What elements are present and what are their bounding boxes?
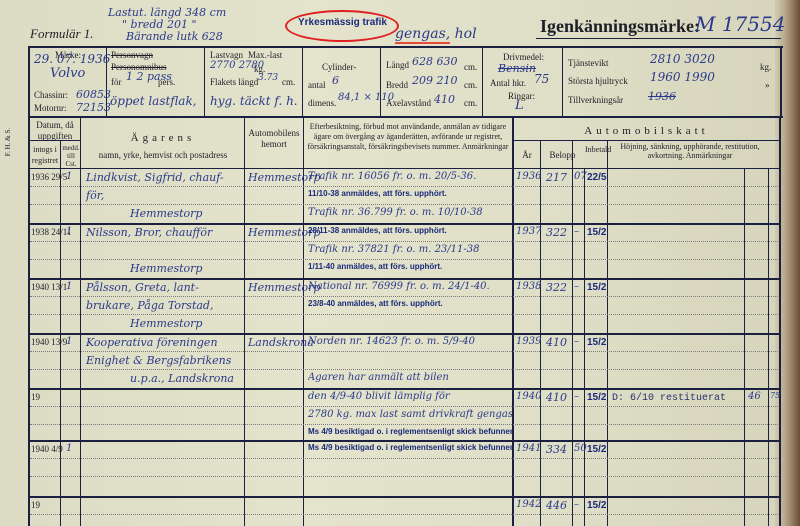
tax-year: 1939	[516, 336, 541, 347]
row-date: 1936 29/5	[31, 172, 67, 182]
cyl-label: Cylinder-	[322, 62, 356, 72]
for-label: för	[111, 77, 122, 87]
tax-year: 1942	[516, 499, 541, 510]
cyl-count-value: 6	[332, 74, 339, 87]
owner-line: för,	[86, 189, 104, 202]
tax-year: 1936	[516, 171, 541, 182]
row-date: 1940 13/1	[31, 282, 67, 292]
tyres-value: L	[515, 98, 524, 113]
motor-label: Motornr:	[34, 103, 67, 113]
remark-line: Ms 4/9 besiktigad o. i reglementsenligt …	[308, 443, 512, 452]
width-label: Bredd	[386, 80, 408, 90]
service-weight-value: 2810 3020	[650, 52, 715, 66]
tax-ore: 07	[574, 171, 587, 182]
remark-line: Ägaren har anmält att bilen	[308, 372, 512, 383]
tax-paid: 22/5	[587, 172, 606, 183]
remark-line: Norden nr. 14623 fr. o. m. 5/9-40	[308, 336, 512, 347]
tax-amount: 334	[546, 443, 567, 456]
tax-amount: 446	[546, 499, 567, 512]
owner-line: u.p.a., Landskrona	[130, 372, 234, 385]
flatbed-value: 3.73	[258, 73, 278, 83]
width-cm: cm.	[464, 80, 477, 90]
row-date: 1940 13/9	[31, 337, 67, 347]
remark-line: 11/10-38 anmäldes, att förs. upphört.	[308, 189, 512, 198]
length-value: 628 630	[412, 55, 458, 68]
row-home: Landskrona	[248, 336, 314, 349]
adjust-header: Höjning, sänkning, upphörande, restituti…	[610, 142, 770, 160]
owner-line: Lindkvist, Sigfrid, chauf-	[86, 171, 224, 184]
intake-header: intogs i registret	[30, 144, 60, 166]
tax-paid: 15/2	[587, 227, 606, 238]
remark-line: National nr. 76999 fr. o. m. 24/1-40.	[308, 281, 512, 292]
tax-year: 1938	[516, 281, 541, 292]
row-notified: 1	[66, 226, 72, 237]
row-divider	[28, 496, 780, 498]
margin-code: F. H. & S.	[4, 128, 12, 156]
chassis-label: Chassinr:	[34, 90, 68, 100]
red-underline	[395, 42, 450, 44]
tax-amount: 322	[546, 281, 567, 294]
home-header: Automobilens hemort	[246, 128, 302, 150]
date-header: Datum, då uppgiften	[30, 120, 80, 142]
row-date: 19	[31, 500, 40, 510]
tax-ore: –	[574, 391, 579, 402]
ruled-line	[30, 186, 778, 187]
traffic-stamp: Yrkesmässig trafik	[298, 17, 387, 28]
remark-line: Trafik nr. 16056 fr. o. m. 20/5-36.	[308, 171, 512, 182]
owner-line: Kooperativa föreningen	[86, 336, 218, 349]
remark-line: 23/8-40 anmäldes, att förs. upphört.	[308, 299, 512, 308]
ruled-line	[30, 314, 778, 315]
paid-header: Inbetald	[585, 145, 607, 154]
tax-ore: –	[574, 281, 579, 292]
remark-line: 1/11-40 anmäldes, att förs. upphört.	[308, 262, 512, 271]
chassis-value: 60853	[76, 88, 111, 101]
ruled-line	[30, 476, 778, 477]
top-note-3: Bärande lutk 628	[126, 30, 223, 43]
tax-ore: –	[574, 226, 579, 237]
ruled-line	[30, 369, 778, 370]
owner-sub: namn, yrke, hemvist och postadress	[82, 150, 244, 161]
tax-note: D: 6/10 restituerat	[612, 393, 726, 404]
owner-line: Hemmestorp	[130, 207, 202, 220]
owner-line: Nilsson, Bror, chaufför	[86, 226, 212, 239]
tax-year: 1937	[516, 226, 541, 237]
tax-paid: 15/2	[587, 500, 606, 511]
motor-value: 72153	[76, 101, 111, 114]
tax-ore: 50	[574, 443, 587, 454]
form-label: Formulär 1.	[30, 26, 94, 42]
flatbed-cm: cm.	[282, 77, 295, 87]
remark-line: 28/11-38 anmäldes, att förs. upphört.	[308, 226, 512, 235]
maxload-label: Max.-last	[248, 50, 282, 60]
row-notified: 1	[66, 281, 72, 292]
length-cm: cm.	[464, 62, 477, 72]
year-header: År	[514, 150, 540, 161]
fuel-note: gengas, hol	[395, 26, 477, 42]
width-value: 209 210	[412, 74, 458, 87]
remark-line: den 4/9-40 blivit lämplig för	[308, 391, 512, 402]
owner-line: brukare, Påga Torstad,	[86, 299, 213, 312]
tax-amount: 410	[546, 391, 567, 404]
tax-ore: –	[574, 499, 579, 510]
tax-paid: 15/2	[587, 444, 606, 455]
row-divider	[28, 278, 780, 280]
tax-extra-2: 75	[770, 391, 780, 400]
length-label: Längd	[386, 60, 409, 70]
wheel-pressure-ditto: »	[765, 80, 770, 90]
tax-year: 1941	[516, 443, 541, 454]
row-notified: 1	[66, 171, 72, 182]
tax-paid: 15/2	[587, 282, 606, 293]
year-label: Tillverkningsår	[568, 95, 623, 105]
axle-label: Axelavstånd	[386, 98, 431, 108]
cyl-dim-label: dimens.	[308, 98, 336, 108]
ruled-line	[30, 296, 778, 297]
tax-paid: 15/2	[587, 392, 606, 403]
row-divider	[28, 440, 780, 442]
row-notified: 1	[66, 336, 72, 347]
ruled-line	[30, 514, 778, 515]
service-weight-label: Tjänstevikt	[568, 58, 609, 68]
passenger-car-label: Personvagn	[111, 50, 153, 60]
pers-label: pers.	[158, 77, 175, 87]
service-weight-kg: kg.	[760, 62, 771, 72]
row-divider	[28, 223, 780, 225]
tax-ore: –	[574, 336, 579, 347]
tax-amount: 410	[546, 336, 567, 349]
ruled-line	[30, 204, 778, 205]
wheel-pressure-value: 1960 1990	[650, 70, 715, 84]
axle-cm: cm.	[464, 98, 477, 108]
wheel-pressure-label: Största hjultryck	[568, 76, 628, 86]
recognition-label: Igenkänningsmärke:	[540, 16, 700, 37]
remark-line: Trafik nr. 37821 fr. o. m. 23/11-38	[308, 244, 512, 255]
notified-header: medd. till Cst.	[62, 144, 80, 168]
owner-line: Hemmestorp	[130, 262, 202, 275]
owner-line: Hemmestorp	[130, 317, 202, 330]
row-divider	[28, 333, 780, 335]
row-notified: 1	[66, 443, 72, 454]
tax-amount: 217	[546, 171, 567, 184]
tax-amount: 322	[546, 226, 567, 239]
amount-header: Belopp	[541, 150, 584, 161]
owner-line: Enighet & Bergsfabrikens	[86, 354, 231, 367]
ruled-line	[30, 406, 778, 407]
truck-label: Lastvagn	[210, 50, 243, 60]
row-divider	[28, 388, 780, 390]
remarks-header: Efterbesiktning, förbud mot användande, …	[306, 122, 510, 152]
flatbed-label: Flakets längd	[210, 77, 258, 87]
remark-line: Ms 4/9 besiktigad o. i reglementsenligt …	[308, 427, 512, 436]
ruled-line	[30, 351, 778, 352]
year-value: 1936	[648, 90, 676, 103]
hp-label: Antal hkr.	[490, 78, 526, 88]
make-value: Volvo	[50, 66, 85, 81]
row-date: 19	[31, 392, 40, 402]
ruled-line	[30, 241, 778, 242]
ruled-line	[30, 424, 778, 425]
axle-value: 410	[434, 93, 455, 106]
tax-year: 1940	[516, 391, 541, 402]
remark-line: 2780 kg. max last samt drivkraft gengas	[308, 409, 512, 420]
fuel-label: Drivmedel:	[503, 52, 544, 62]
owner-line: Pålsson, Greta, lant-	[86, 281, 199, 294]
owner-header: Ägarens	[82, 132, 244, 144]
ruled-line	[30, 259, 778, 260]
fuel-value: Bensin	[498, 62, 536, 75]
row-date: 1940 4/9	[31, 444, 63, 454]
cyl-count-label: antal	[308, 80, 326, 90]
make-date: 29. 07. 1936	[34, 52, 110, 66]
body-note: öppet lastflak,	[110, 94, 197, 108]
tax-paid: 15/2	[587, 337, 606, 348]
tax-extra-1: 46	[748, 391, 761, 402]
ruled-line	[30, 458, 778, 459]
recognition-value: M 17554	[695, 12, 785, 36]
cab-note: hyg. täckt f. h.	[210, 94, 298, 108]
tax-header: Automobilskatt	[514, 125, 779, 137]
remark-line: Trafik nr. 36.799 fr. o. m. 10/10-38	[308, 207, 512, 218]
hp-value: 75	[534, 72, 549, 86]
